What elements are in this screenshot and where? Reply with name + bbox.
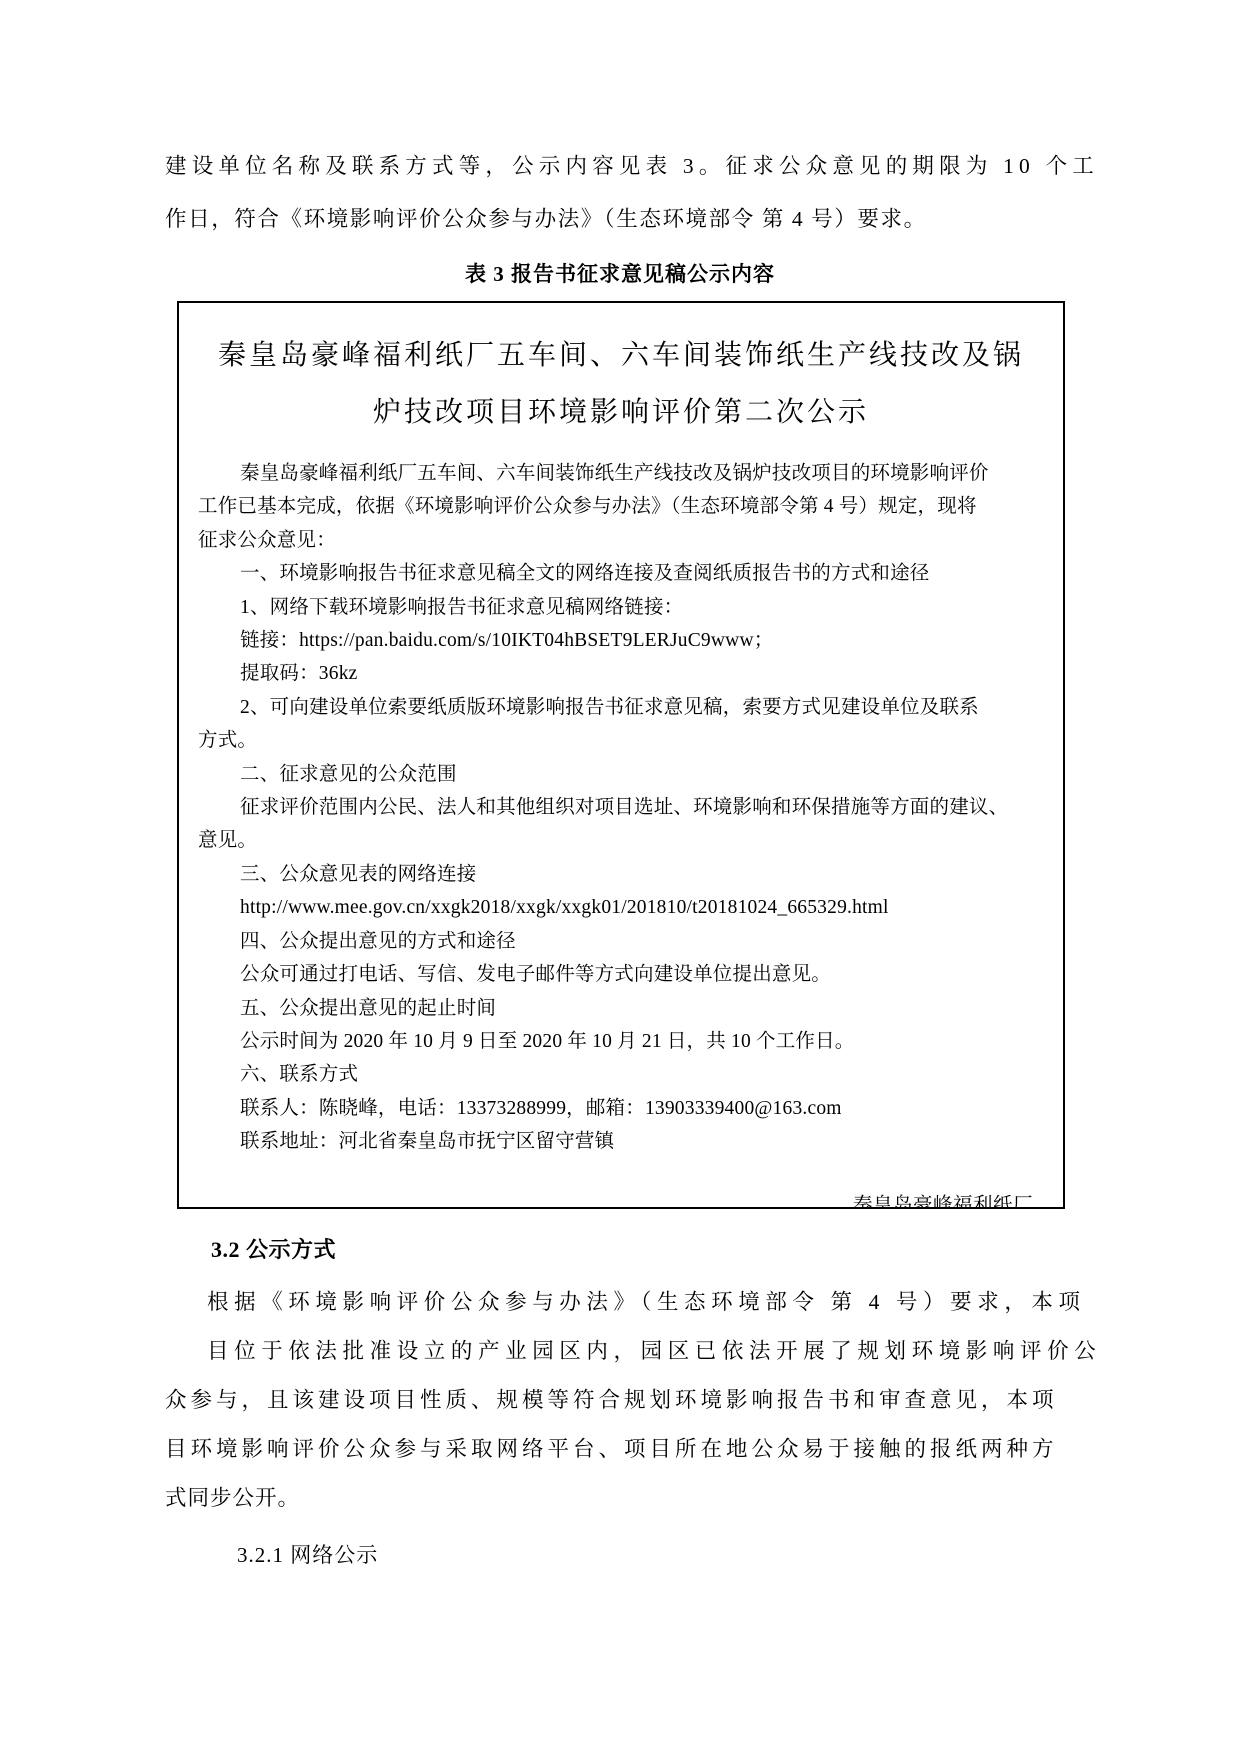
section-para-line: 众参与，且该建设项目性质、规模等符合规划环境影响报告书和审查意见，本项 — [165, 1376, 1075, 1425]
notice-body-line: 方式。 — [198, 724, 1044, 757]
section-para-line: 根据《环境影响评价公众参与办法》（生态环境部令 第 4 号）要求，本项 — [165, 1278, 1075, 1327]
notice-title-line: 秦皇岛豪峰福利纸厂五车间、六车间装饰纸生产线技改及锅 — [179, 327, 1063, 384]
section-3-2-heading: 3.2 公示方式 — [211, 1233, 1075, 1264]
notice-box: 秦皇岛豪峰福利纸厂五车间、六车间装饰纸生产线技改及锅 炉技改项目环境影响评价第二… — [177, 301, 1065, 1209]
notice-section-1-heading: 一、环境影响报告书征求意见稿全文的网络连接及查阅纸质报告书的方式和途径 — [198, 557, 1044, 590]
notice-body-line: 秦皇岛豪峰福利纸厂五车间、六车间装饰纸生产线技改及锅炉技改项目的环境影响评价 — [198, 457, 1044, 490]
contact-person-line: 联系人：陈晓峰，电话：13373288999，邮箱：13903339400@16… — [198, 1092, 1044, 1125]
notice-title: 秦皇岛豪峰福利纸厂五车间、六车间装饰纸生产线技改及锅 炉技改项目环境影响评价第二… — [179, 327, 1063, 441]
notice-body-line: 征求评价范围内公民、法人和其他组织对项目选址、环境影响和环保措施等方面的建议、 — [198, 791, 1044, 824]
notice-section-3-heading: 三、公众意见表的网络连接 — [198, 858, 1044, 891]
notice-body-line: 公众可通过打电话、写信、发电子邮件等方式向建设单位提出意见。 — [198, 958, 1044, 991]
intro-paragraph: 建设单位名称及联系方式等，公示内容见表 3。征求公众意见的期限为 10 个工 作… — [165, 140, 1075, 246]
signature-company: 秦皇岛豪峰福利纸厂 — [179, 1185, 1033, 1209]
section-para-line: 式同步公开。 — [165, 1474, 1075, 1523]
intro-line: 作日，符合《环境影响评价公众参与办法》（生态环境部令 第 4 号）要求。 — [165, 193, 1075, 246]
notice-body-line: 1、网络下载环境影响报告书征求意见稿网络链接： — [198, 591, 1044, 624]
notice-body-line: 2、可向建设单位索要纸质版环境影响报告书征求意见稿，索要方式见建设单位及联系 — [198, 691, 1044, 724]
section-3-2-1-heading: 3.2.1 网络公示 — [237, 1539, 1075, 1569]
notice-section-4-heading: 四、公众提出意见的方式和途径 — [198, 925, 1044, 958]
notice-title-line: 炉技改项目环境影响评价第二次公示 — [179, 384, 1063, 441]
notice-section-5-heading: 五、公众提出意见的起止时间 — [198, 992, 1044, 1025]
notice-body: 秦皇岛豪峰福利纸厂五车间、六车间装饰纸生产线技改及锅炉技改项目的环境影响评价 工… — [179, 457, 1063, 1159]
notice-body-line: 工作已基本完成，依据《环境影响评价公众参与办法》（生态环境部令第 4 号）规定，… — [198, 490, 1044, 523]
report-download-url: 链接：https://pan.baidu.com/s/10IKT04hBSET9… — [198, 624, 1044, 657]
table-caption: 表 3 报告书征求意见稿公示内容 — [165, 258, 1075, 288]
opinion-form-url: http://www.mee.gov.cn/xxgk2018/xxgk/xxgk… — [198, 891, 1044, 924]
extraction-code-line: 提取码：36kz — [198, 657, 1044, 690]
signature-block: 秦皇岛豪峰福利纸厂 2020 年 10 月 9 日 — [179, 1185, 1063, 1209]
contact-address-line: 联系地址：河北省秦皇岛市抚宁区留守营镇 — [198, 1125, 1044, 1158]
notice-section-2-heading: 二、征求意见的公众范围 — [198, 758, 1044, 791]
document-page: 建设单位名称及联系方式等，公示内容见表 3。征求公众意见的期限为 10 个工 作… — [0, 0, 1241, 1754]
notice-body-line: 意见。 — [198, 824, 1044, 857]
section-para-line: 目环境影响评价公众参与采取网络平台、项目所在地公众易于接触的报纸两种方 — [165, 1425, 1075, 1474]
notice-section-6-heading: 六、联系方式 — [198, 1058, 1044, 1091]
notice-body-line: 公示时间为 2020 年 10 月 9 日至 2020 年 10 月 21 日，… — [198, 1025, 1044, 1058]
notice-body-line: 征求公众意见： — [198, 524, 1044, 557]
section-para-line: 目位于依法批准设立的产业园区内，园区已依法开展了规划环境影响评价公 — [165, 1327, 1075, 1376]
section-3-2-paragraph: 根据《环境影响评价公众参与办法》（生态环境部令 第 4 号）要求，本项 目位于依… — [165, 1278, 1075, 1523]
intro-line: 建设单位名称及联系方式等，公示内容见表 3。征求公众意见的期限为 10 个工 — [165, 140, 1075, 193]
